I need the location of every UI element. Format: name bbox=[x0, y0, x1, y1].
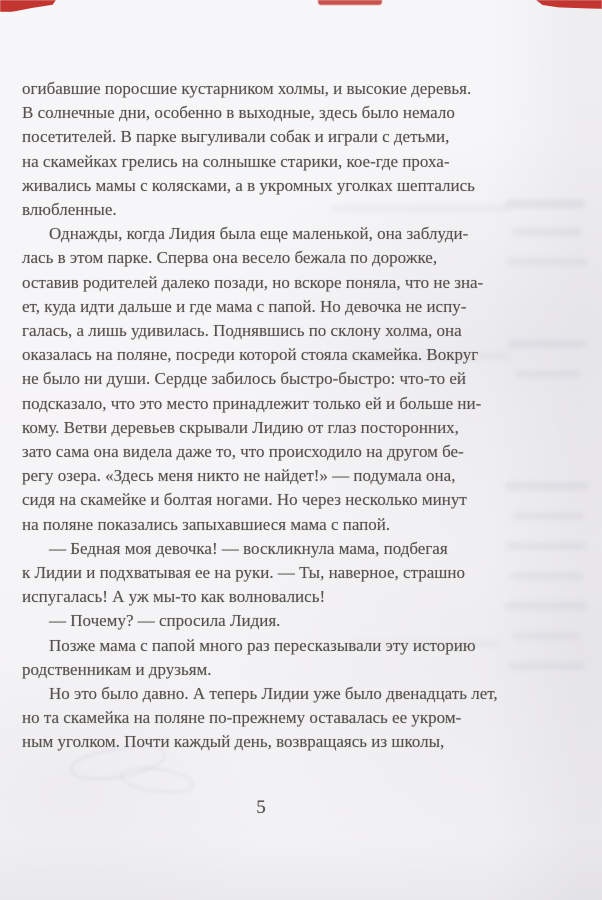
text-line: лась в этом парке. Сперва она весело беж… bbox=[22, 246, 500, 270]
text-line: сидя на скамейке и болтая ногами. Но чер… bbox=[22, 488, 500, 512]
text-line: ет, куда идти дальше и где мама с папой.… bbox=[22, 295, 500, 319]
text-line: родственникам и друзьям. bbox=[22, 658, 500, 682]
page-number: 5 bbox=[22, 796, 500, 820]
text-line: испугалась! А уж мы-то как волновались! bbox=[22, 585, 500, 609]
text-line: — Бедная моя девочка! — воскликнула мама… bbox=[22, 537, 500, 561]
text-line: на поляне показались запыхавшиеся мама с… bbox=[22, 513, 500, 537]
text-line: Однажды, когда Лидия была еще маленькой,… bbox=[22, 222, 500, 246]
paper-shading-bottom bbox=[0, 840, 602, 900]
text-line: к Лидии и подхватывая ее на руки. — Ты, … bbox=[22, 561, 500, 585]
text-line: Позже мама с папой много раз пересказыва… bbox=[22, 634, 500, 658]
bleed-through-mark bbox=[507, 662, 585, 670]
text-line: посетителей. В парке выгуливали собак и … bbox=[22, 125, 500, 149]
bleed-through-mark bbox=[512, 632, 580, 640]
bleed-through-mark bbox=[505, 200, 585, 208]
bleed-through-mark bbox=[506, 258, 588, 266]
text-line: В солнечные дни, особенно в выходные, зд… bbox=[22, 101, 500, 125]
paper-shading-right bbox=[487, 0, 602, 900]
bleed-through-mark bbox=[508, 340, 586, 348]
text-line: — Почему? — спросила Лидия. bbox=[22, 609, 500, 633]
text-line: кому. Ветви деревьев скрывали Лидию от г… bbox=[22, 416, 500, 440]
bleed-through-mark bbox=[505, 482, 589, 490]
text-line: оказалась на поляне, посреди которой сто… bbox=[22, 343, 500, 367]
bleed-through-mark bbox=[512, 512, 584, 520]
text-line: галась, а лишь удивилась. Поднявшись по … bbox=[22, 319, 500, 343]
text-line: оставив родителей далеко позади, но вско… bbox=[22, 271, 500, 295]
text-line: подсказало, что это место принадлежит то… bbox=[22, 392, 500, 416]
text-line: Но это было давно. А теперь Лидии уже бы… bbox=[22, 682, 500, 706]
bleed-through-mark bbox=[512, 228, 582, 236]
ghost-handwriting-mark bbox=[119, 765, 195, 795]
text-line: ным уголком. Почти каждый день, возвраща… bbox=[22, 730, 500, 754]
body-text: огибавшие поросшие кустарником холмы, и … bbox=[22, 77, 500, 755]
text-line: на скамейках грелись на солнышке старики… bbox=[22, 150, 500, 174]
text-line: но та скамейка на поляне по-прежнему ост… bbox=[22, 706, 500, 730]
bleed-through-mark bbox=[506, 542, 586, 550]
text-line: регу озера. «Здесь меня никто не найдет!… bbox=[22, 464, 500, 488]
text-line: не было ни души. Сердце забилось быстро-… bbox=[22, 367, 500, 391]
red-border-mark-center bbox=[318, 0, 382, 5]
book-page: огибавшие поросшие кустарником холмы, и … bbox=[0, 0, 602, 900]
text-line: зато сама она видела даже то, что происх… bbox=[22, 440, 500, 464]
bleed-through-mark bbox=[514, 370, 580, 378]
red-border-mark-right bbox=[536, 0, 602, 9]
bleed-through-mark bbox=[505, 602, 587, 610]
bleed-through-mark bbox=[510, 572, 584, 580]
red-border-mark-left bbox=[0, 0, 56, 12]
text-line: огибавшие поросшие кустарником холмы, и … bbox=[22, 77, 500, 101]
text-line: влюбленные. bbox=[22, 198, 500, 222]
text-line: живались мамы с колясками, а в укромных … bbox=[22, 174, 500, 198]
